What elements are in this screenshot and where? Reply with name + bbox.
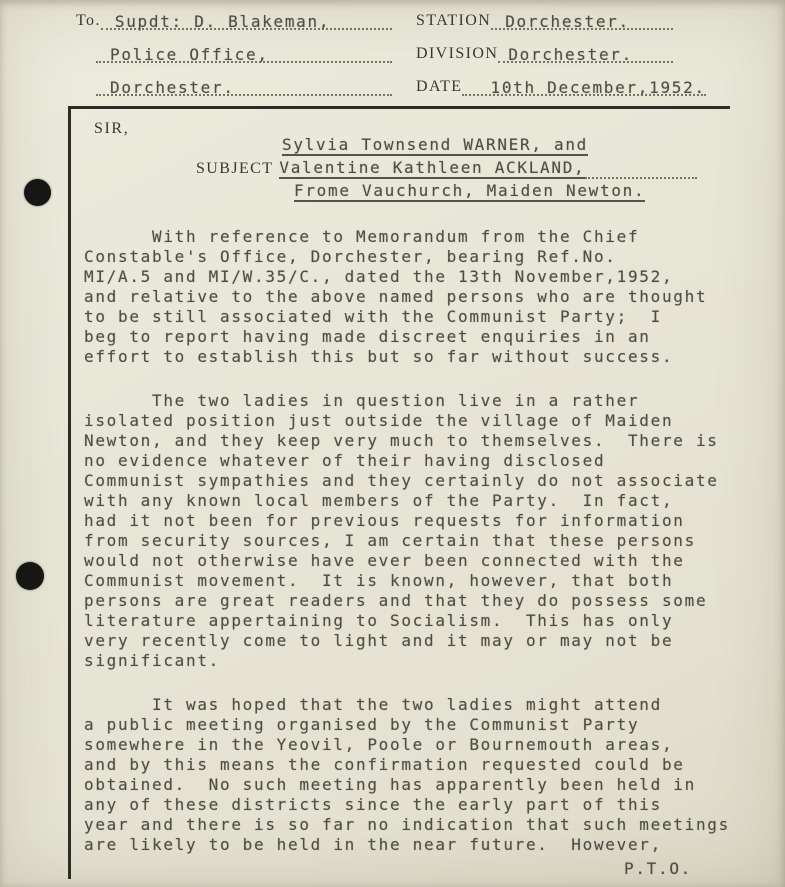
to-value-line3: Dorchester. (96, 78, 235, 97)
paragraph-3: It was hoped that the two ladies might a… (84, 695, 730, 855)
to-label: To. (76, 12, 101, 31)
date-field: DATE 10th December,1952. (416, 75, 717, 96)
report-body-box: SIR, Sylvia Townsend WARNER, and SUBJECT… (68, 106, 730, 879)
to-dotted-line2: Police Office, (96, 42, 392, 63)
division-label: DIVISION (416, 45, 498, 64)
subject-address: Frome Vauchurch, Maiden Newton. (294, 181, 645, 202)
date-value: 10th December,1952. (462, 78, 705, 97)
to-field-line3: Dorchester. (76, 75, 392, 96)
header-row-3: Dorchester. DATE 10th December,1952. (76, 67, 717, 96)
to-dotted-line: Supdt: D. Blakeman, (101, 9, 392, 30)
division-field: DIVISION Dorchester. (416, 42, 717, 63)
division-value: Dorchester. (498, 45, 633, 64)
date-dotted-line: 10th December,1952. (462, 75, 705, 96)
station-label: STATION (416, 12, 491, 31)
punch-hole-bottom (16, 562, 44, 590)
subject-line-3: Frome Vauchurch, Maiden Newton. (294, 179, 730, 202)
subject-block: Sylvia Townsend WARNER, and SUBJECT Vale… (84, 133, 730, 202)
to-value-line1: Supdt: D. Blakeman, (101, 12, 330, 31)
paragraph-2: The two ladies in question live in a rat… (84, 391, 730, 671)
to-value-line2: Police Office, (96, 45, 269, 64)
date-label: DATE (416, 78, 462, 97)
to-field: To. Supdt: D. Blakeman, (76, 9, 392, 30)
station-field: STATION Dorchester. (416, 9, 717, 30)
subject-name-warner: Sylvia Townsend WARNER, and (282, 135, 588, 156)
punch-hole-top (24, 179, 51, 206)
header-row-2: Police Office, DIVISION Dorchester. (76, 34, 717, 63)
subject-line-1: Sylvia Townsend WARNER, and (282, 133, 730, 156)
header-row-1: To. Supdt: D. Blakeman, STATION Dorchest… (76, 1, 717, 30)
division-dotted-line: Dorchester. (498, 42, 673, 63)
document-page: To. Supdt: D. Blakeman, STATION Dorchest… (0, 0, 785, 887)
subject-name-ackland: Valentine Kathleen ACKLAND, (279, 158, 585, 179)
subject-dotted-extension (585, 163, 697, 179)
pto-mark: P.T.O. (624, 859, 730, 879)
paragraph-1: With reference to Memorandum from the Ch… (84, 227, 730, 367)
station-dotted-line: Dorchester. (491, 9, 673, 30)
to-dotted-line3: Dorchester. (96, 75, 392, 96)
subject-label: SUBJECT (196, 160, 273, 178)
station-value: Dorchester. (491, 12, 630, 31)
to-field-line2: Police Office, (76, 42, 392, 63)
subject-line-2: SUBJECT Valentine Kathleen ACKLAND, (196, 156, 730, 179)
form-header: To. Supdt: D. Blakeman, STATION Dorchest… (0, 0, 785, 96)
